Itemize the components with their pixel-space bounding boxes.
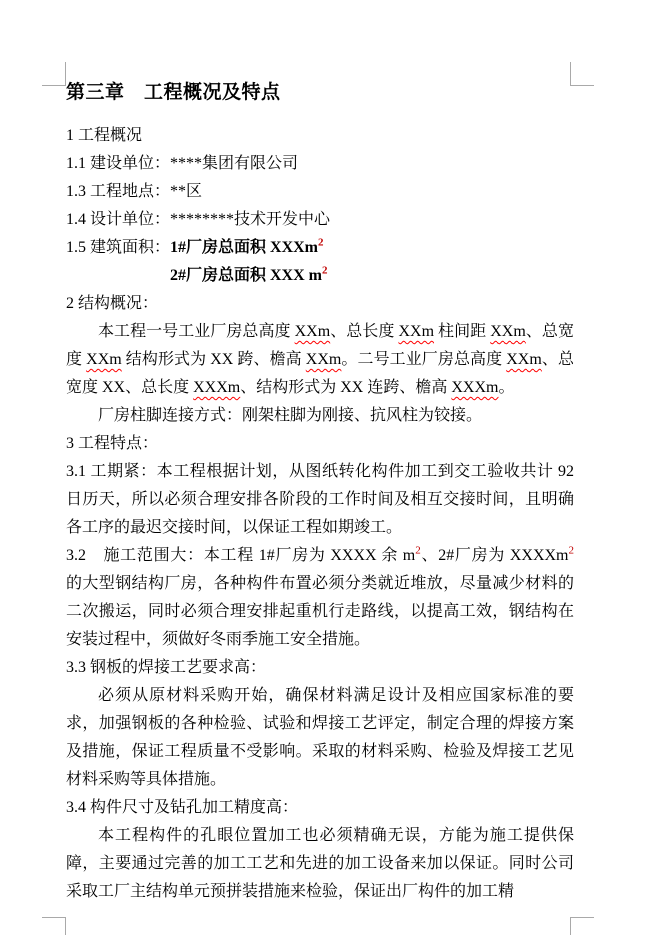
text-run: 1.5 建筑面积： [66, 239, 170, 256]
text-run: 、2#厂房为 XXXXm [421, 547, 569, 564]
text-run: 。 [498, 379, 514, 396]
text-run: 本工程构件的孔眼位置加工也必须精确无误，方能为施工提供保障，主要通过完善的加工工… [66, 827, 574, 900]
spellcheck-flagged-text: XXm [506, 351, 542, 368]
text-run: 1 工程概况 [66, 127, 142, 144]
text-run: 3.2 施工范围大：本工程 1#厂房为 XXXX 余 m [66, 547, 415, 564]
text-run: 2#厂房总面积 XXX m [170, 267, 322, 284]
item-3-2: 3.2 施工范围大：本工程 1#厂房为 XXXX 余 m2、2#厂房为 XXXX… [66, 542, 574, 654]
text-run: 本工程一号工业厂房总高度 [98, 323, 295, 340]
structure-paragraph: 本工程一号工业厂房总高度 XXm、总长度 XXm 柱间距 XXm、总宽度 XXm… [66, 318, 574, 402]
item-3-4: 3.4 构件尺寸及钻孔加工精度高： [66, 794, 574, 822]
document-body: 1 工程概况1.1 建设单位：****集团有限公司1.3 工程地点：**区1.4… [66, 122, 574, 906]
document-content: 第三章 工程概况及特点 1 工程概况1.1 建设单位：****集团有限公司1.3… [66, 78, 574, 906]
crop-mark-bottom-right [570, 917, 571, 935]
spellcheck-flagged-text: XXm [398, 323, 434, 340]
spellcheck-flagged-text: XXXm [193, 379, 240, 396]
item-2: 2 结构概况： [66, 290, 574, 318]
text-run: 柱间距 [434, 323, 490, 340]
text-run: 1.4 设计单位：********技术开发中心 [66, 211, 330, 228]
text-run: 1.1 建设单位：****集团有限公司 [66, 155, 298, 172]
crop-mark-bottom-right [570, 917, 594, 918]
precision-paragraph: 本工程构件的孔眼位置加工也必须精确无误，方能为施工提供保障，主要通过完善的加工工… [66, 822, 574, 906]
spellcheck-flagged-text: XXm [86, 351, 122, 368]
text-run: 必须从原材料采购开始，确保材料满足设计及相应国家标准的要求，加强钢板的各种检验、… [66, 687, 574, 788]
text-run: 3.1 工期紧：本工程根据计划，从图纸转化构件加工到交工验收共计 92 日历天，… [66, 463, 574, 536]
crop-mark-bottom-left [42, 917, 66, 918]
text-run: 、结构形式为 XX 连跨、檐高 [240, 379, 451, 396]
item-3: 3 工程特点： [66, 430, 574, 458]
text-run: 。二号工业厂房总高度 [341, 351, 506, 368]
text-run: 3.3 钢板的焊接工艺要求高： [66, 659, 266, 676]
crop-mark-bottom-left [65, 917, 66, 935]
text-run: 3.4 构件尺寸及钻孔加工精度高： [66, 799, 298, 816]
text-run: 1#厂房总面积 XXXm [170, 239, 318, 256]
item-1-1: 1.1 建设单位：****集团有限公司 [66, 150, 574, 178]
superscript: 2 [569, 545, 575, 557]
item-1-4: 1.4 设计单位：********技术开发中心 [66, 206, 574, 234]
superscript: 2 [322, 265, 328, 277]
text-run: 、总长度 [330, 323, 398, 340]
column-base-paragraph: 厂房柱脚连接方式：刚架柱脚为刚接、抗风柱为铰接。 [66, 402, 574, 430]
item-3-1: 3.1 工期紧：本工程根据计划，从图纸转化构件加工到交工验收共计 92 日历天，… [66, 458, 574, 542]
text-run: 2 结构概况： [66, 295, 158, 312]
spellcheck-flagged-text: XXm [490, 323, 526, 340]
text-run: 3 工程特点： [66, 435, 158, 452]
item-1-5-line-2: 2#厂房总面积 XXX m2 [66, 262, 574, 290]
spellcheck-flagged-text: XXm [295, 323, 331, 340]
item-3-3: 3.3 钢板的焊接工艺要求高： [66, 654, 574, 682]
text-run: 的大型钢结构厂房，各种构件布置必须分类就近堆放，尽量减少材料的二次搬运，同时必须… [66, 575, 574, 648]
item-1-5: 1.5 建筑面积：1#厂房总面积 XXXm2 [66, 234, 574, 262]
text-run: 厂房柱脚连接方式：刚架柱脚为刚接、抗风柱为铰接。 [98, 407, 482, 424]
text-run: 结构形式为 XX 跨、檐高 [122, 351, 306, 368]
spellcheck-flagged-text: XXXm [451, 379, 498, 396]
item-1: 1 工程概况 [66, 122, 574, 150]
page-title: 第三章 工程概况及特点 [66, 78, 574, 108]
crop-mark-top-left [42, 85, 66, 86]
text-run: 1.3 工程地点：**区 [66, 183, 202, 200]
welding-paragraph: 必须从原材料采购开始，确保材料满足设计及相应国家标准的要求，加强钢板的各种检验、… [66, 682, 574, 794]
spellcheck-flagged-text: XXm [306, 351, 342, 368]
superscript: 2 [318, 237, 324, 249]
document-page: 第三章 工程概况及特点 1 工程概况1.1 建设单位：****集团有限公司1.3… [0, 0, 651, 935]
item-1-3: 1.3 工程地点：**区 [66, 178, 574, 206]
